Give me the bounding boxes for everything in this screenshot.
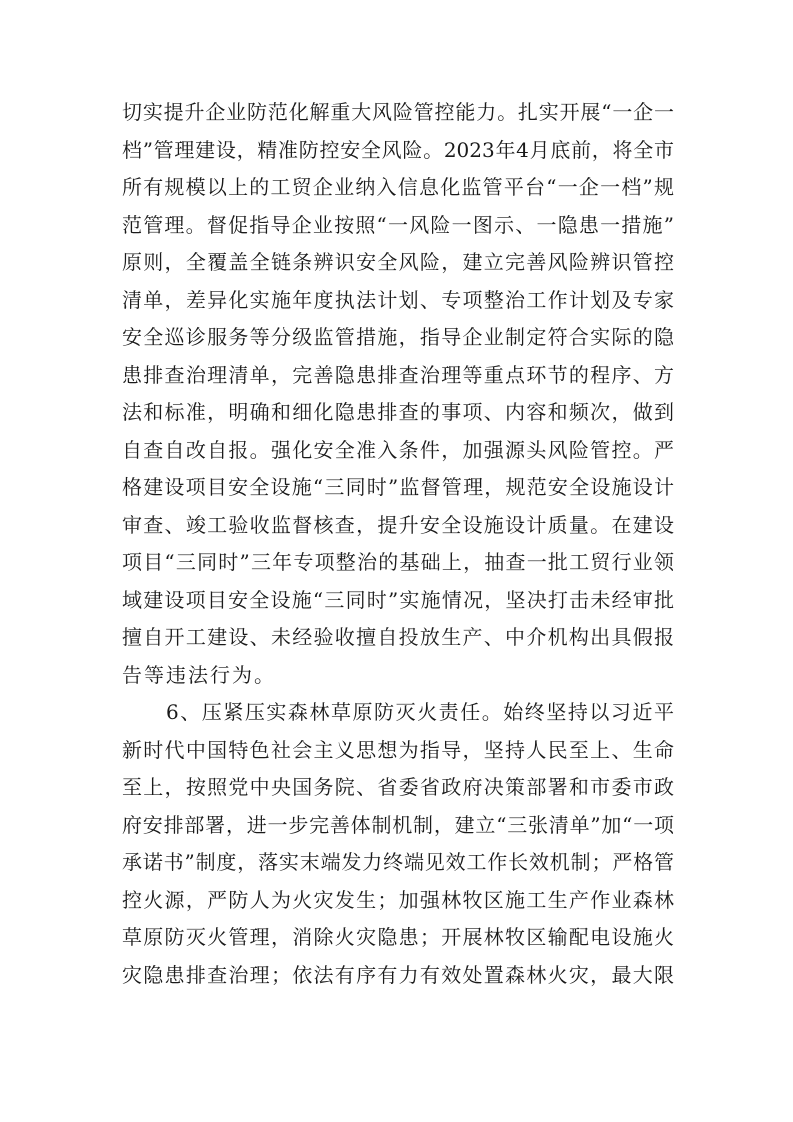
text-line: 格建设项目安全设施“三同时”监督管理，规范安全设施设计 (122, 469, 674, 507)
text-line: 承诺书”制度，落实末端发力终端见效工作长效机制；严格管 (122, 844, 674, 882)
text-line: 清单，差异化实施年度执法计划、专项整治工作计划及专家 (122, 282, 674, 320)
text-line: 所有规模以上的工贸企业纳入信息化监管平台“一企一档”规 (122, 169, 674, 207)
text-line: 新时代中国特色社会主义思想为指导，坚持人民至上、生命 (122, 732, 674, 770)
paragraph-heading-line: 6、压紧压实森林草原防灭火责任。始终坚持以习近平 (122, 694, 674, 732)
text-line: 灾隐患排查治理；依法有序有力有效处置森林火灾，最大限 (122, 957, 674, 995)
text-line: 安全巡诊服务等分级监管措施，指导企业制定符合实际的隐 (122, 319, 674, 357)
text-line: 档”管理建设，精准防控安全风险。2023年4月底前，将全市 (122, 132, 674, 170)
text-line: 原则，全覆盖全链条辨识安全风险，建立完善风险辨识管控 (122, 244, 674, 282)
text-line: 切实提升企业防范化解重大风险管控能力。扎实开展“一企一 (122, 94, 674, 132)
text-line: 法和标准，明确和细化隐患排查的事项、内容和频次，做到 (122, 394, 674, 432)
body-text: 切实提升企业防范化解重大风险管控能力。扎实开展“一企一 档”管理建设，精准防控安… (122, 94, 674, 994)
text-line: 府安排部署，进一步完善体制机制，建立“三张清单”加“一项 (122, 807, 674, 845)
paragraph-risk-control: 切实提升企业防范化解重大风险管控能力。扎实开展“一企一 档”管理建设，精准防控安… (122, 94, 674, 694)
text-line: 擅自开工建设、未经验收擅自投放生产、中介机构出具假报 (122, 619, 674, 657)
document-page: 切实提升企业防范化解重大风险管控能力。扎实开展“一企一 档”管理建设，精准防控安… (0, 0, 793, 1122)
text-line: 告等违法行为。 (122, 657, 674, 695)
text-line: 控火源，严防人为火灾发生；加强林牧区施工生产作业森林 (122, 882, 674, 920)
paragraph-forest-fire-prevention: 6、压紧压实森林草原防灭火责任。始终坚持以习近平 新时代中国特色社会主义思想为指… (122, 694, 674, 994)
text-line: 自查自改自报。强化安全准入条件，加强源头风险管控。严 (122, 432, 674, 470)
text-line: 审查、竣工验收监督核查，提升安全设施设计质量。在建设 (122, 507, 674, 545)
text-line: 至上，按照党中央国务院、省委省政府决策部署和市委市政 (122, 769, 674, 807)
text-line: 项目“三同时”三年专项整治的基础上，抽查一批工贸行业领 (122, 544, 674, 582)
text-line: 患排查治理清单，完善隐患排查治理等重点环节的程序、方 (122, 357, 674, 395)
text-line: 范管理。督促指导企业按照“一风险一图示、一隐患一措施” (122, 207, 674, 245)
text-line: 草原防灭火管理，消除火灾隐患；开展林牧区输配电设施火 (122, 919, 674, 957)
text-line: 域建设项目安全设施“三同时”实施情况，坚决打击未经审批 (122, 582, 674, 620)
